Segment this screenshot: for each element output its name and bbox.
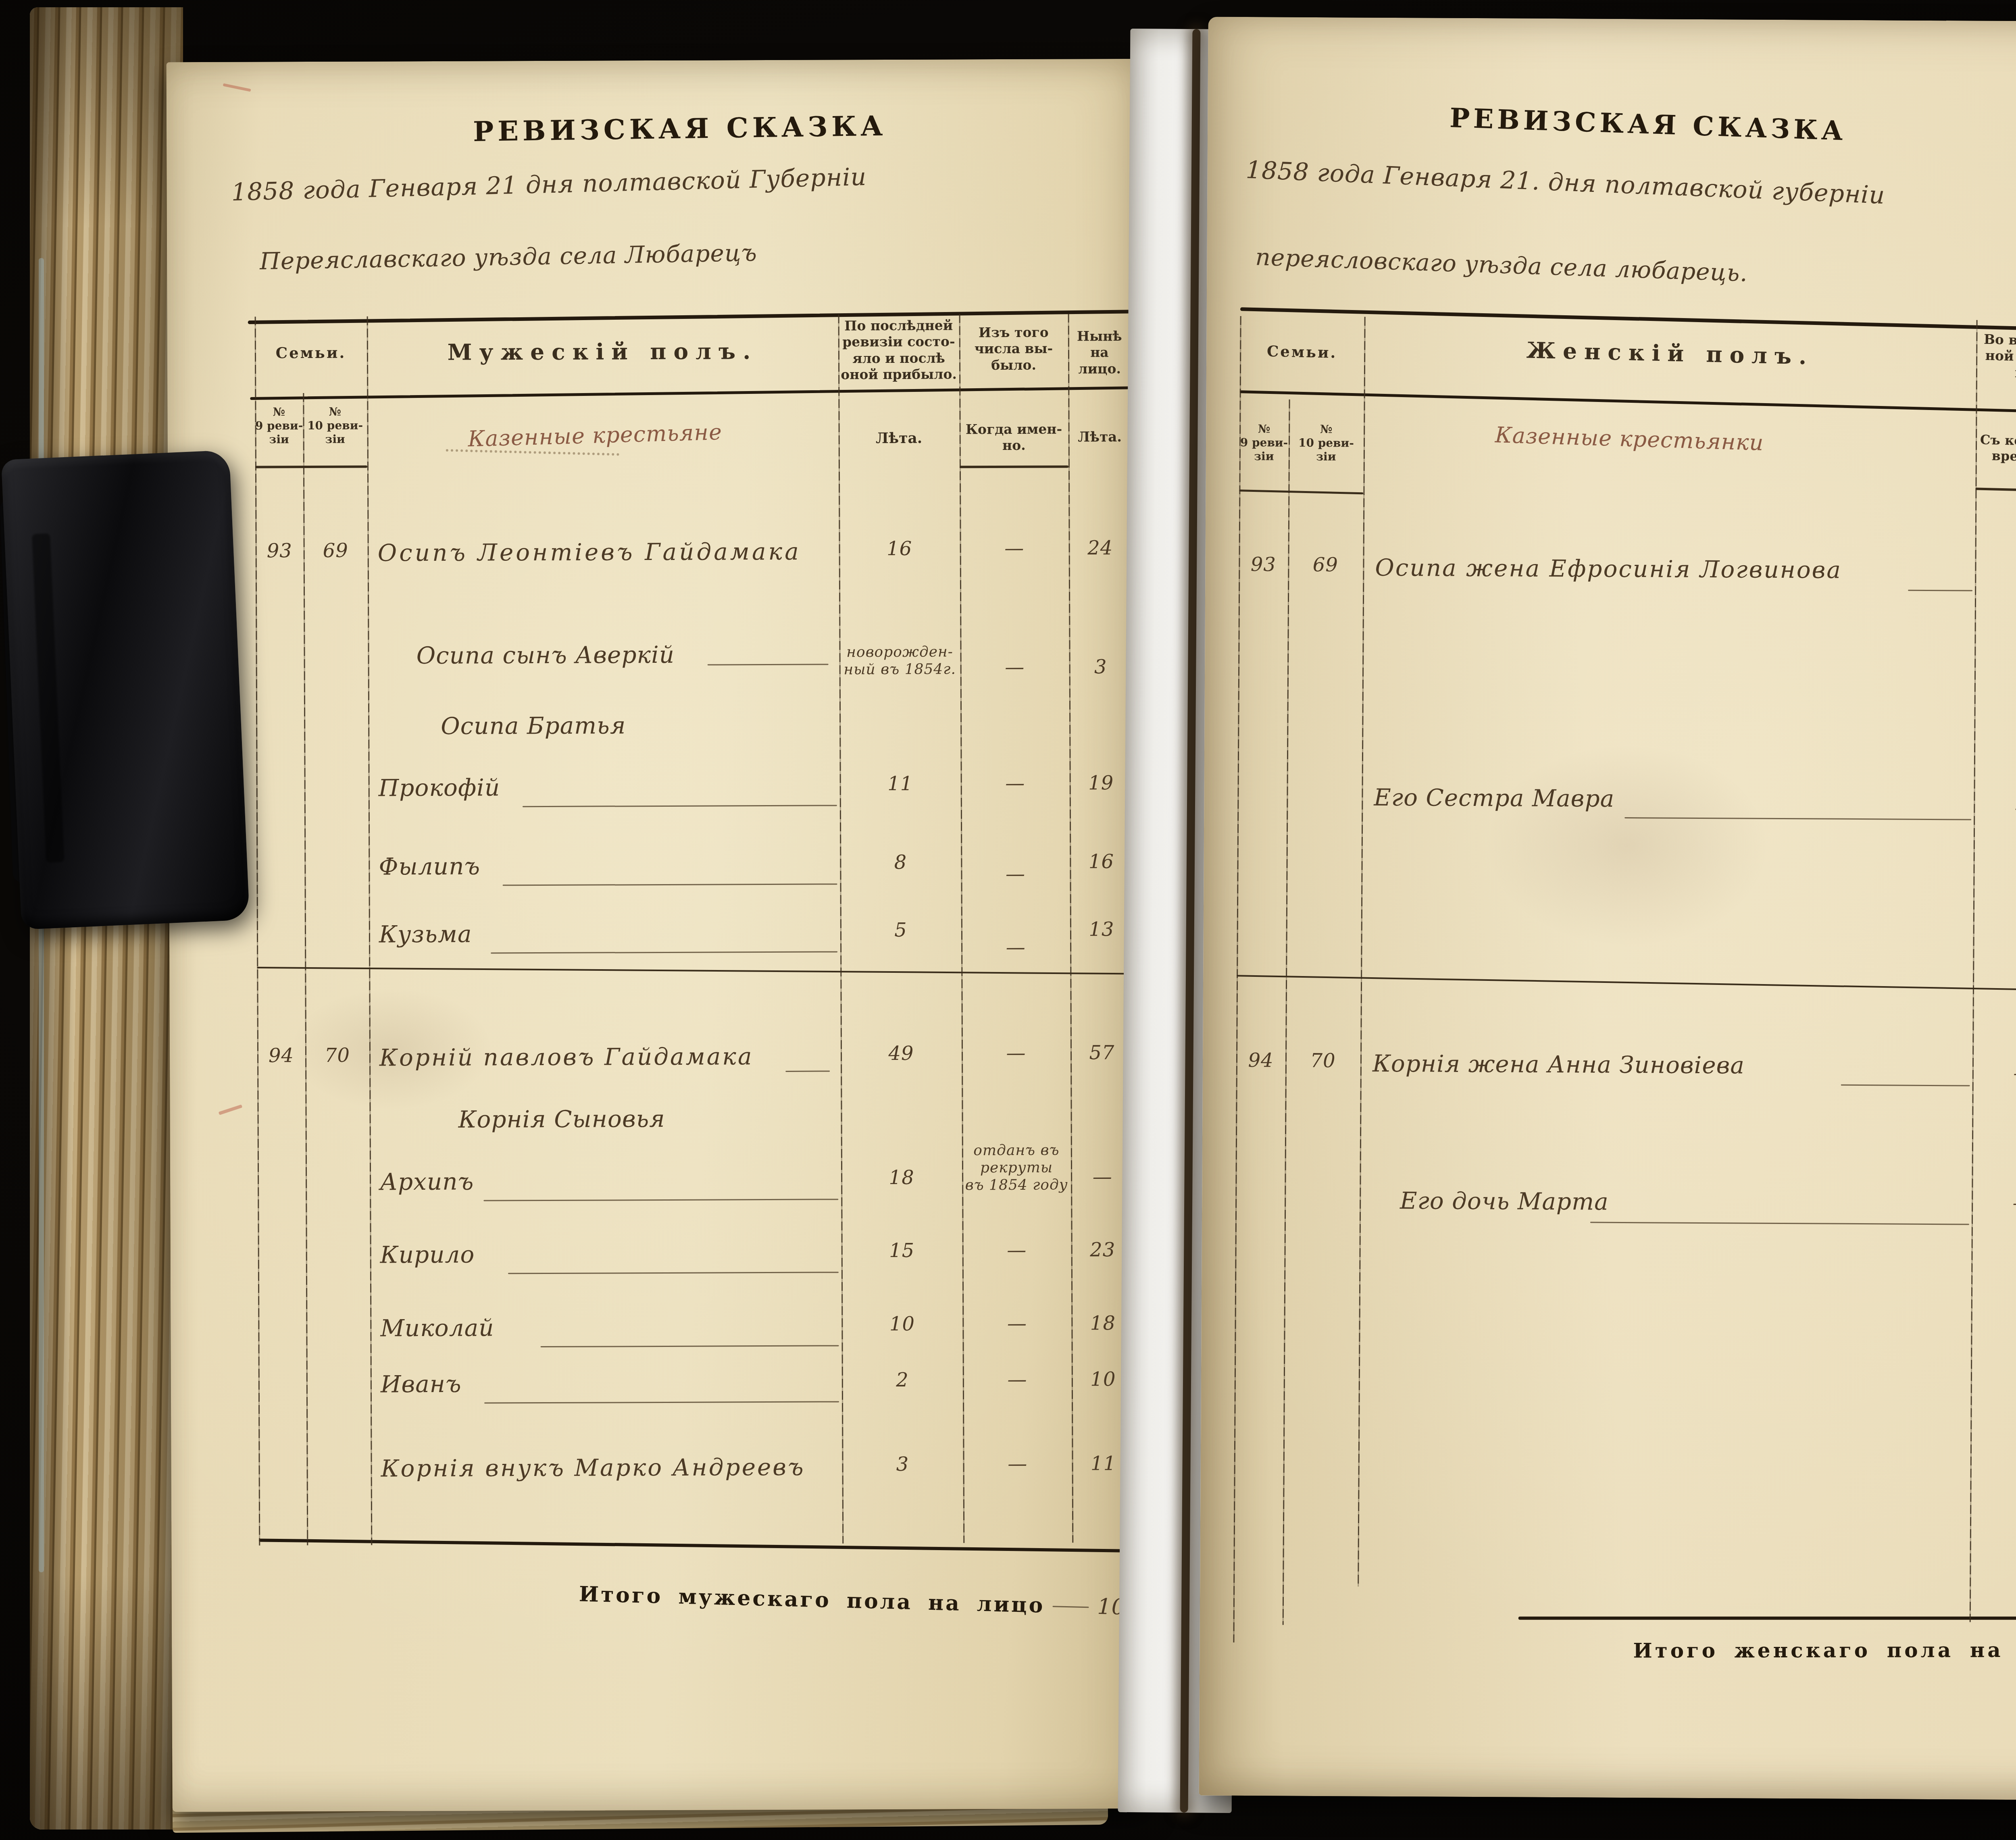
rev10-number: 70 bbox=[1285, 1049, 1360, 1072]
column-header-family: Семьи. bbox=[1240, 341, 1364, 362]
leave-since: — bbox=[1972, 1191, 2016, 1214]
column-header-male-sex: Мужескій полъ. bbox=[367, 337, 838, 366]
ruled-line bbox=[483, 1199, 838, 1201]
recruit-note: отданъ въ рекруты въ 1854 году bbox=[962, 1141, 1071, 1194]
table-band-rule bbox=[1240, 390, 2016, 415]
age-last-revision: 5 bbox=[840, 918, 961, 941]
column-header-revision9: № 9 реви- зіи bbox=[1239, 422, 1289, 464]
ruled-line bbox=[484, 1401, 839, 1403]
age-last-revision: 3 bbox=[842, 1453, 963, 1476]
leave-since: — bbox=[1975, 569, 2016, 592]
age-last-revision: 49 bbox=[841, 1042, 962, 1065]
departed-when: — bbox=[960, 537, 1069, 560]
person-name: Корній павловъ Гайдамака bbox=[369, 1043, 754, 1071]
table-row: Прокофій 11 — 19 bbox=[256, 772, 1133, 835]
age-last-revision: 8 bbox=[840, 851, 961, 874]
subheader-since-when: Съ котораго времени. bbox=[1975, 432, 2016, 466]
table-row: Архипъ 18 отданъ въ рекруты въ 1854 году… bbox=[258, 1166, 1134, 1229]
person-name: Миколай bbox=[370, 1314, 494, 1342]
age-last-revision: 16 bbox=[839, 537, 960, 560]
total-label: Итого мужескаго пола на лицо bbox=[579, 1582, 1045, 1618]
column-header-revision10: № 10 реви- зіи bbox=[303, 405, 367, 447]
person-name: Кузьма bbox=[369, 920, 472, 948]
departed-when: — bbox=[962, 1312, 1071, 1335]
page-title: РЕВИЗСКАЯ СКАЗКА bbox=[473, 110, 887, 148]
departed-when: — bbox=[961, 772, 1070, 795]
table-row: Миколай 10 — 18 bbox=[258, 1312, 1135, 1376]
departed-when: — bbox=[961, 936, 1070, 959]
person-name: Корнія внукъ Марко Андреевъ bbox=[371, 1453, 805, 1482]
left-page: РЕВИЗСКАЯ СКАЗКА 1858 года Генваря 21 дн… bbox=[166, 59, 1150, 1812]
right-page: РЕВИЗСКАЯ СКАЗКА 1858 года Генваря 21. д… bbox=[1199, 17, 2016, 1801]
table-row: Кирило 15 — 23 bbox=[258, 1238, 1135, 1302]
departed-when: — bbox=[962, 1238, 1071, 1261]
departed-subheader-rule bbox=[960, 465, 1068, 468]
column-header-departed: Изъ того числа вы- было. bbox=[959, 324, 1068, 373]
table-bottom-rule bbox=[259, 1538, 1138, 1553]
rev9-number: 94 bbox=[257, 1044, 305, 1067]
column-header-female-sex: Женскій полъ. bbox=[1364, 333, 1976, 374]
page-total-line: Итого женскаго пола на лицо 4 bbox=[1633, 1636, 2016, 1663]
person-name: Его дочь Марта bbox=[1360, 1187, 1609, 1216]
rev9-number: 94 bbox=[1236, 1049, 1285, 1072]
person-name: Иванъ bbox=[371, 1370, 462, 1398]
age-now: 19 bbox=[1070, 772, 1133, 795]
age-last-revision: 18 bbox=[841, 1166, 962, 1189]
family-subheader-rule bbox=[255, 466, 367, 468]
table-top-rule bbox=[1240, 307, 2016, 333]
ruled-line bbox=[1908, 590, 1972, 591]
birth-note: новорожден- ный въ 1854г. bbox=[839, 643, 960, 678]
estate-group-handwritten: Казенные крестьяне bbox=[393, 417, 797, 454]
date-line: 1858 года Генваря 21. дня полтавской губ… bbox=[1245, 156, 1886, 210]
age-last-revision: 10 bbox=[841, 1312, 962, 1335]
table-top-rule bbox=[248, 310, 1135, 324]
person-name: Его Сестра Мавра bbox=[1362, 784, 1614, 812]
family-subheading: Осипа Братья bbox=[368, 712, 626, 740]
age-now: 13 bbox=[1070, 918, 1133, 941]
table-subheading-row: Осипа Братья bbox=[256, 710, 1133, 774]
estate-group-handwritten: Казенные крестьянки bbox=[1379, 419, 1879, 459]
total-label: Итого женскаго пола на лицо bbox=[1633, 1638, 2016, 1663]
subheader-years: Лѣта. bbox=[1068, 429, 1131, 446]
book-photo: РЕВИЗСКАЯ СКАЗКА 1858 года Генваря 21 дн… bbox=[0, 0, 2016, 1840]
person-name: Осипъ Леонтіевъ Гайдамака bbox=[368, 538, 801, 567]
place-line: переясловскаго уѣзда села любарець. bbox=[1255, 243, 1748, 287]
family-separator-rule bbox=[1237, 975, 2016, 993]
person-name: Осипа жена Ефросинія Логвинова bbox=[1363, 554, 1842, 584]
person-name: Кирило bbox=[370, 1241, 475, 1269]
rev9-number: 93 bbox=[1239, 553, 1288, 576]
estate-underline-flourish bbox=[446, 449, 619, 456]
table-row: Кузьма 5 — 13 bbox=[257, 918, 1133, 982]
total-dash bbox=[1052, 1606, 1089, 1608]
ruled-line bbox=[708, 664, 829, 666]
age-last-revision: 2 bbox=[842, 1368, 963, 1391]
person-name: Осипа сынъ Аверкій bbox=[368, 641, 675, 670]
leave-since: — bbox=[1972, 1062, 2016, 1084]
date-line: 1858 года Генваря 21 дня полтавской Губе… bbox=[231, 163, 867, 206]
place-line: Переяславскаго уѣзда села Любарецъ bbox=[260, 239, 758, 275]
column-header-temporary-leave: Во времен- ной отлуч- кѣ. bbox=[1976, 331, 2016, 382]
rev10-number: 69 bbox=[1288, 554, 1363, 577]
column-header-revision9: № 9 реви- зіи bbox=[255, 405, 303, 447]
binder-clip-ridge bbox=[32, 533, 65, 862]
table-row: 93 69 Осипъ Леонтіевъ Гайдамака 16 — 24 bbox=[256, 537, 1132, 600]
subheader-years: Лѣта. bbox=[839, 429, 960, 448]
departed-when: — bbox=[960, 656, 1069, 679]
table-row: Его Сестра Мавра — 15 bbox=[1237, 783, 2016, 848]
table-row: Корнія внукъ Марко Андреевъ 3 — 11 bbox=[258, 1452, 1135, 1516]
departed-when: — bbox=[962, 1041, 1070, 1064]
table-row: Фылипъ 8 — 16 bbox=[256, 850, 1133, 914]
table-row: Иванъ 2 — 10 bbox=[258, 1368, 1135, 1432]
table-bottom-rule bbox=[1518, 1617, 2016, 1620]
table-column-line bbox=[1970, 320, 1978, 1622]
age-last-revision: 15 bbox=[841, 1239, 962, 1262]
ruled-line bbox=[508, 1272, 839, 1274]
table-row: 94 70 Корній павловъ Гайдамака 49 — 57 bbox=[257, 1041, 1134, 1105]
person-name: Фылипъ bbox=[369, 853, 480, 880]
person-name: Архипъ bbox=[370, 1168, 474, 1196]
age-last-revision: 11 bbox=[840, 772, 961, 795]
table-row: Его дочь Марта — 20 bbox=[1235, 1186, 2016, 1251]
page-title: РЕВИЗСКАЯ СКАЗКА bbox=[1449, 102, 1847, 147]
subheader-when-exactly: Когда имен- но. bbox=[960, 421, 1068, 454]
binder-clip bbox=[1, 450, 250, 930]
family-subheading: Корнія Сыновья bbox=[369, 1105, 665, 1134]
rev9-number: 93 bbox=[256, 539, 304, 562]
page-total-line: Итого мужескаго пола на лицо 10. bbox=[579, 1581, 1133, 1620]
departed-when: — bbox=[963, 1368, 1072, 1391]
age-now: 16 bbox=[1070, 850, 1133, 873]
rev10-number: 70 bbox=[305, 1044, 369, 1067]
table-row: Осипа сынъ Аверкій новорожден- ный въ 18… bbox=[256, 639, 1132, 703]
ruled-line bbox=[503, 883, 837, 886]
leave-since: — bbox=[1974, 797, 2016, 820]
leave-subheader-rule bbox=[1975, 487, 2016, 494]
table-row: 94 70 Корнія жена Анна Зиновіева — 52 bbox=[1236, 1049, 2016, 1114]
red-pencil-mark bbox=[223, 83, 251, 92]
table-column-line bbox=[1233, 316, 1241, 1642]
ruled-line bbox=[523, 805, 837, 807]
red-pencil-mark bbox=[219, 1105, 242, 1115]
person-name: Прокофій bbox=[369, 774, 500, 801]
ruled-line bbox=[541, 1345, 839, 1347]
column-header-present: Нынѣ на лицо. bbox=[1068, 328, 1131, 377]
age-now: 24 bbox=[1069, 537, 1132, 560]
column-header-family: Семьи. bbox=[255, 344, 367, 362]
ruled-line bbox=[1590, 1222, 1969, 1225]
column-header-revision10: № 10 реви- зіи bbox=[1289, 423, 1364, 464]
ruled-line bbox=[785, 1071, 830, 1072]
person-name: Корнія жена Анна Зиновіева bbox=[1360, 1050, 1745, 1079]
table-row: 93 69 Осипа жена Ефросинія Логвинова — 2… bbox=[1239, 553, 2016, 618]
table-band-rule bbox=[250, 386, 1135, 400]
column-header-last-revision: По послѣдней ревизіи состо- яло и послѣ … bbox=[838, 317, 960, 383]
ruled-line bbox=[1624, 817, 1971, 820]
age-now: 3 bbox=[1069, 656, 1132, 679]
rev10-number: 69 bbox=[304, 539, 368, 562]
departed-when: — bbox=[963, 1452, 1072, 1475]
departed-when: — bbox=[961, 862, 1070, 885]
ruled-line bbox=[491, 951, 837, 953]
table-column-line bbox=[1358, 317, 1365, 1587]
family-subheader-rule bbox=[1239, 489, 1363, 494]
ruled-line bbox=[1841, 1084, 1970, 1087]
